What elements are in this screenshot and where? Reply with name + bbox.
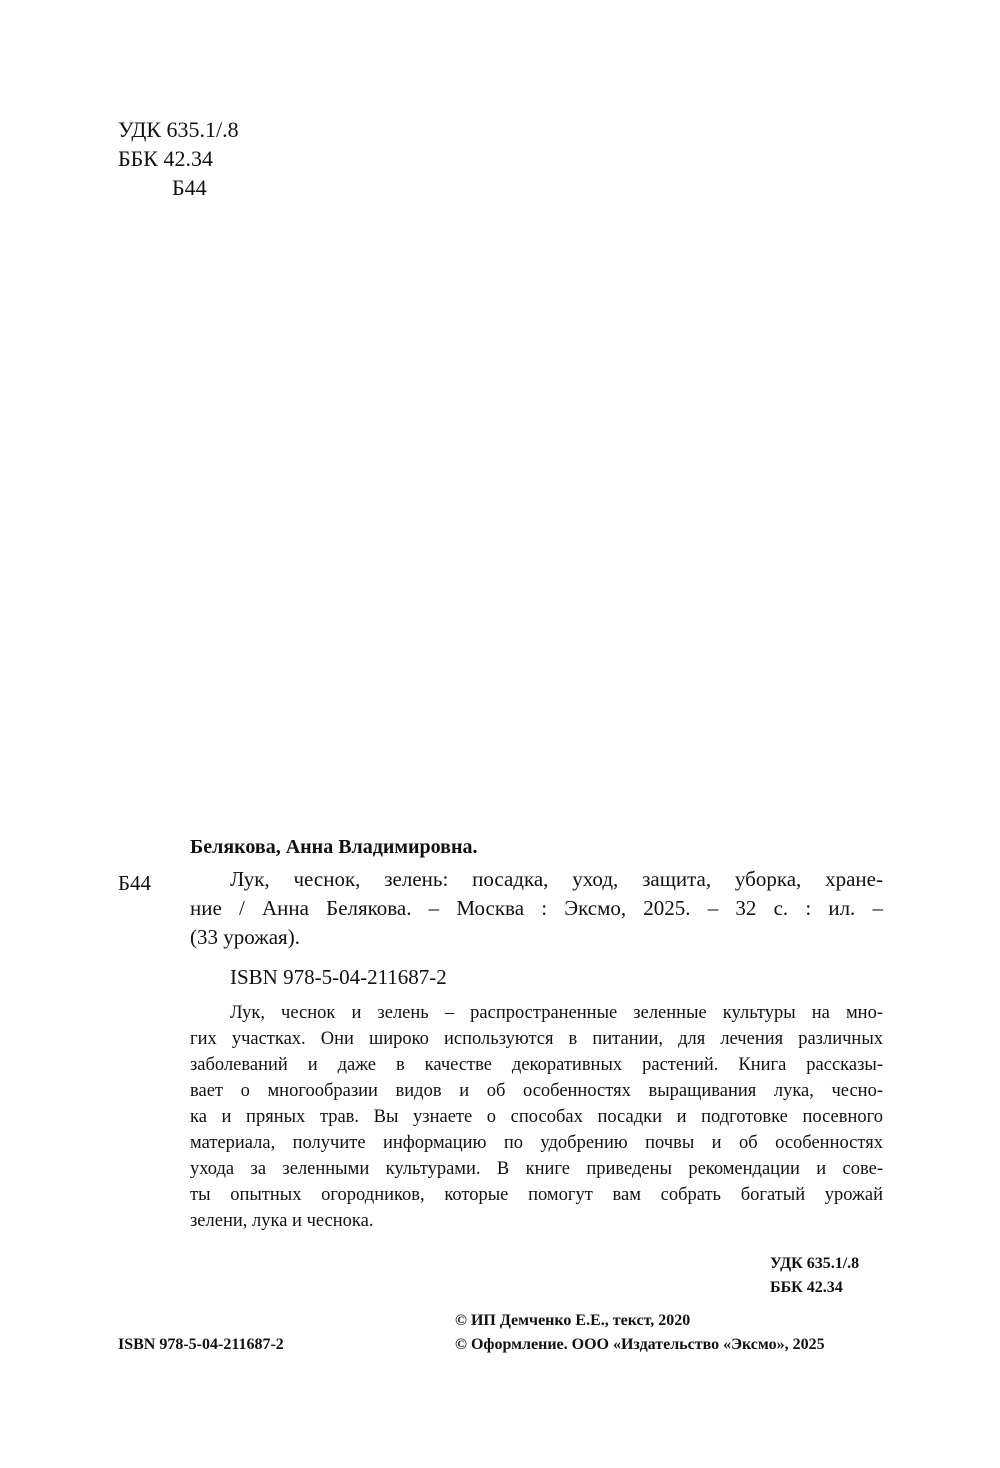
description-line-1: Лук, чеснок, зелень: посадка, уход, защи… — [230, 867, 883, 892]
annotation-line: гих участках. Они широко используются в … — [190, 1029, 883, 1050]
annotation-line: ухода за зеленными культурами. В книге п… — [190, 1159, 883, 1180]
top-bbk-code: ББК 42.34 — [118, 144, 213, 173]
copyright-design: © Оформление. ООО «Издательство «Эксмо»,… — [455, 1336, 825, 1354]
top-udk-code: УДК 635.1/.8 — [118, 115, 239, 144]
record-isbn: ISBN 978-5-04-211687-2 — [230, 965, 447, 990]
record-author-mark: Б44 — [118, 869, 151, 898]
annotation-line: ка и пряных трав. Вы узнаете о способах … — [190, 1107, 883, 1128]
footer-isbn: ISBN 978-5-04-211687-2 — [118, 1336, 284, 1354]
bottom-bbk-code: ББК 42.34 — [770, 1279, 843, 1297]
annotation-line: Лук, чеснок и зелень – распространенные … — [230, 1003, 883, 1024]
annotation-line: заболеваний и даже в качестве декоративн… — [190, 1055, 883, 1076]
bottom-udk-code: УДК 635.1/.8 — [770, 1255, 859, 1273]
top-author-mark: Б44 — [172, 173, 207, 202]
copyright-text: © ИП Демченко Е.Е., текст, 2020 — [455, 1312, 690, 1330]
annotation-line: вает о многообразии видов и об особеннос… — [190, 1081, 883, 1102]
description-line-2: ние / Анна Белякова. – Москва : Эксмо, 2… — [190, 896, 883, 921]
annotation-line: зелени, лука и чеснока. — [190, 1211, 883, 1232]
description-line-3: (33 урожая). — [190, 925, 300, 950]
annotation-line: ты опытных огородников, которые помогут … — [190, 1185, 883, 1206]
annotation-line: материала, получите информацию по удобре… — [190, 1133, 883, 1154]
author-heading: Белякова, Анна Владимировна. — [190, 836, 478, 859]
